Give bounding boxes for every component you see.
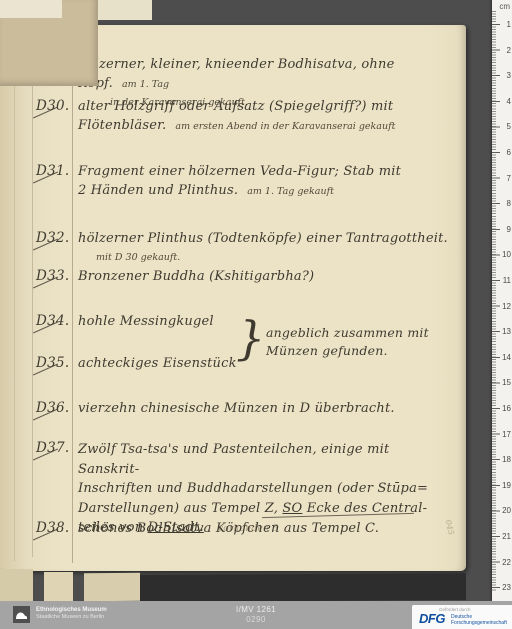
ruler-number: 6 [501,148,511,157]
entry-number: D37. [36,440,70,456]
entry-line: 2 Händen und Plinthus.am 1. Tag gekauft [78,182,450,202]
ruler-number: 5 [501,122,511,131]
entry-line: Flötenbläser.am ersten Abend in der Kara… [78,117,450,137]
ruler-number: 15 [501,378,511,387]
entry-line: Inschriften und Buddhadarstellungen (ode… [78,479,450,499]
notebook-page: D29. hölzerner, kleiner, knieender Bodhi… [0,25,466,571]
page-edge-strip [98,0,152,20]
ruler-number: 20 [501,506,511,515]
brace-annotation: } angeblich zusammen mit Münzen gefunden… [236,309,265,367]
dfg-funding-logo: Gefördert durch DFG Deutsche Forschungsg… [412,605,512,629]
ruler-number: 14 [501,353,511,362]
entry-line: schönes Bodhisatva Köpfchen aus Tempel C… [78,520,450,539]
scan-viewport: D29. hölzerner, kleiner, knieender Bodhi… [0,0,512,629]
catalog-entry-d30: D30. alter Holzgriff oder Aufsatz (Spieg… [0,98,450,136]
entry-line: Darstellungen) aus Tempel Z, SO Ecke des… [78,499,450,519]
ruler-number: 18 [501,455,511,464]
dfg-name: Deutsche Forschungsgemeinschaft [451,614,507,626]
curly-brace: } [236,311,265,365]
ruler-number: 9 [501,225,511,234]
ruler-number: 1 [501,20,511,29]
entry-note-line: mit D 30 gekauft. [96,249,450,268]
entry-line: hölzerner Plinthus (Todtenköpfe) einer T… [78,230,450,249]
ruler-unit-label: cm [499,2,510,11]
catalog-entry-d33: D33. Bronzener Buddha (Kshitigarbha?) [0,268,450,287]
book-cover-edge [140,573,466,602]
ruler-number: 3 [501,71,511,80]
ruler-number: 21 [501,532,511,541]
entry-number: D32. [36,230,70,246]
ruler-number: 4 [501,97,511,106]
ruler-number: 11 [501,276,511,285]
entry-line: vierzehn chinesische Münzen in D überbra… [78,400,450,419]
entry-line: Fragment einer hölzernen Veda-Figur; Sta… [78,163,450,182]
ruler-number: 10 [501,250,511,259]
entry-note: am 1. Tag gekauft [247,186,334,197]
entry-number: D38. [36,520,70,536]
ruler-number: 23 [501,583,511,592]
ruler-number: 12 [501,302,511,311]
entry-line: Zwölf Tsa-tsa's und Pastenteilchen, eini… [78,440,450,479]
catalog-entry-d32: D32. hölzerner Plinthus (Todtenköpfe) ei… [0,230,450,267]
entry-note: am ersten Abend in der Karavanserai geka… [175,121,395,132]
ruler-number: 22 [501,558,511,567]
ruler-number: 16 [501,404,511,413]
ruler-number: 2 [501,46,511,55]
entry-number: D30. [36,98,70,114]
entry-number: D35. [36,355,70,371]
page-edge-strip [0,0,62,18]
entry-line: Bronzener Buddha (Kshitigarbha?) [78,268,450,287]
page-edge-strip [0,569,33,601]
ruler-number: 7 [501,174,511,183]
ruler-number: 8 [501,199,511,208]
entry-number: D33. [36,268,70,284]
ruler-major-ticks [492,24,500,589]
brace-note-line: angeblich zusammen mit [266,324,466,342]
page-edge-strip [44,572,73,601]
ruler: cm 1234567891011121314151617181920212223 [492,0,512,601]
brace-note-line: Münzen gefunden. [266,342,466,360]
ruler-number: 17 [501,430,511,439]
entry-number: D34. [36,313,70,329]
catalog-entry-d38: D38. schönes Bodhisatva Köpfchen aus Tem… [0,520,450,539]
footer-bar: Ethnologisches Museum Staatliche Museen … [0,601,512,629]
page-edge-strip [84,573,140,601]
ruler-number: 13 [501,327,511,336]
entry-note: am 1. Tag [122,79,169,90]
ruler-number: 19 [501,481,511,490]
entry-line: alter Holzgriff oder Aufsatz (Spiegelgri… [78,98,450,117]
dfg-acronym: DFG [419,611,445,626]
page-edge-pencil-mark: 045 [444,519,456,536]
entry-line: hölzerner, kleiner, knieender Bodhisatva… [78,56,450,94]
catalog-entry-d31: D31. Fragment einer hölzernen Veda-Figur… [0,163,450,201]
entry-number: D36. [36,400,70,416]
entry-number: D31. [36,163,70,179]
catalog-entry-d36: D36. vierzehn chinesische Münzen in D üb… [0,400,450,419]
